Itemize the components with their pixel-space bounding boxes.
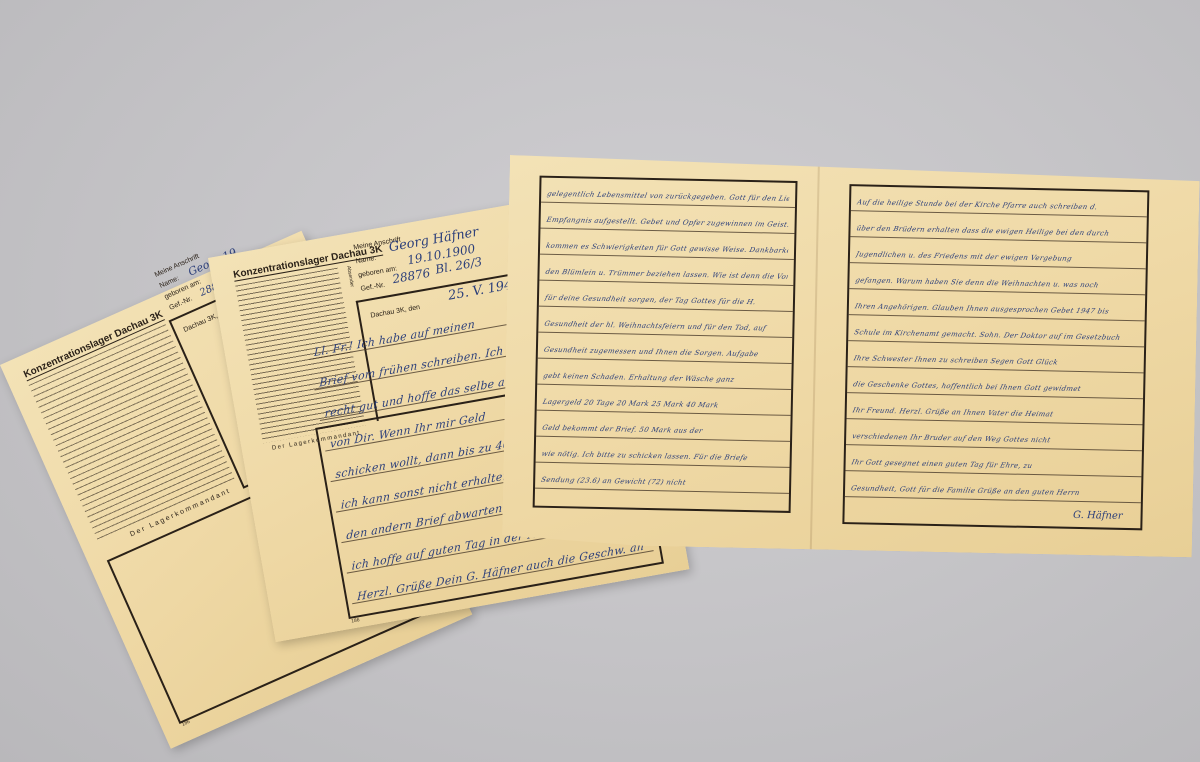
letter-back-form-number: 186	[181, 719, 191, 728]
handwritten-line: Jugendlichen u. des Friedens mit der ewi…	[855, 250, 1141, 264]
handwritten-line: Schule im Kirchenamt gemacht. Sohn. Der …	[853, 328, 1139, 342]
handwritten-line: Gesundheit, Gott für die Familie Grüße a…	[850, 484, 1136, 498]
ruled-line	[539, 306, 793, 312]
handwritten-line: gebt keinen Schaden. Erhaltung der Wäsch…	[542, 372, 786, 385]
letter-right-fold	[810, 161, 820, 549]
letter-front-number-value: 28876	[391, 266, 431, 286]
handwritten-line: gelegentlich Lebensmittel von zurückgege…	[546, 190, 790, 203]
letter-right-left-page-box: gelegentlich Lebensmittel von zurückgege…	[533, 176, 798, 513]
letter-front-side-label: Absender	[345, 266, 355, 288]
handwritten-line: Ihr Gott gesegnet einen guten Tag für Eh…	[851, 458, 1137, 472]
handwritten-line: für deine Gesundheit sorgen, der Tag Got…	[544, 294, 788, 307]
ruled-line	[536, 436, 790, 442]
letter-right: gelegentlich Lebensmittel von zurückgege…	[502, 155, 1200, 557]
letter-right-signature: G. Häfner	[1073, 510, 1123, 522]
handwritten-line: Gesundheit der hl. Weihnachtsfeiern und …	[544, 320, 788, 333]
handwritten-line: Sendung (23.6) an Gewicht (72) nicht	[540, 476, 784, 489]
handwritten-line: Geld bekommt der Brief. 50 Mark aus der	[541, 424, 785, 437]
handwritten-line: die Geschenke Gottes, hoffentlich bei Ih…	[852, 380, 1138, 394]
handwritten-line: Empfangnis aufgestellt. Gebet und Opfer …	[546, 216, 790, 229]
handwritten-line: Ihren Angehörigen. Glauben Ihnen ausgesp…	[854, 302, 1140, 316]
ruled-line	[535, 488, 789, 494]
handwritten-line: gefangen. Warum haben Sie denn die Weihn…	[855, 276, 1141, 290]
ruled-line	[540, 228, 794, 234]
letter-front-number-label: Gef.-Nr.	[360, 282, 385, 293]
ruled-line	[538, 332, 792, 338]
handwritten-line: wie nötig. Ich bitte zu schicken lassen.…	[541, 450, 785, 463]
handwritten-line: kommen es Schwierigkeiten für Gott gewis…	[545, 242, 789, 255]
handwritten-line: den Blümlein u. Trümmer beziehen lassen.…	[545, 268, 789, 281]
photo-scene: Konzentrationslager Dachau 3K Der Lagerk…	[0, 0, 1200, 762]
handwritten-line: Gesundheit zugemessen und Ihnen die Sorg…	[543, 346, 787, 359]
letter-right-right-page-box: Auf die heilige Stunde bei der Kirche Pf…	[842, 184, 1149, 530]
handwritten-line: Ihr Freund. Herzl. Grüße an Ihnen Vater …	[852, 406, 1138, 420]
ruled-line	[539, 280, 793, 286]
ruled-line	[541, 202, 795, 208]
handwritten-line: Lagergeld 20 Tage 20 Mark 25 Mark 40 Mar…	[542, 398, 786, 411]
ruled-line	[537, 410, 791, 416]
handwritten-line: Auf die heilige Stunde bei der Kirche Pf…	[856, 198, 1142, 212]
ruled-line	[537, 384, 791, 390]
handwritten-line: über den Brüdern erhalten dass die ewige…	[856, 224, 1142, 238]
ruled-line	[538, 358, 792, 364]
letter-front-form-number: 186	[351, 617, 360, 624]
ruled-line	[536, 462, 790, 468]
handwritten-line: verschiedenen Ihr Bruder auf den Weg Got…	[851, 432, 1137, 446]
ruled-line	[540, 254, 794, 260]
handwritten-line: Ihre Schwester Ihnen zu schreiben Segen …	[853, 354, 1139, 368]
